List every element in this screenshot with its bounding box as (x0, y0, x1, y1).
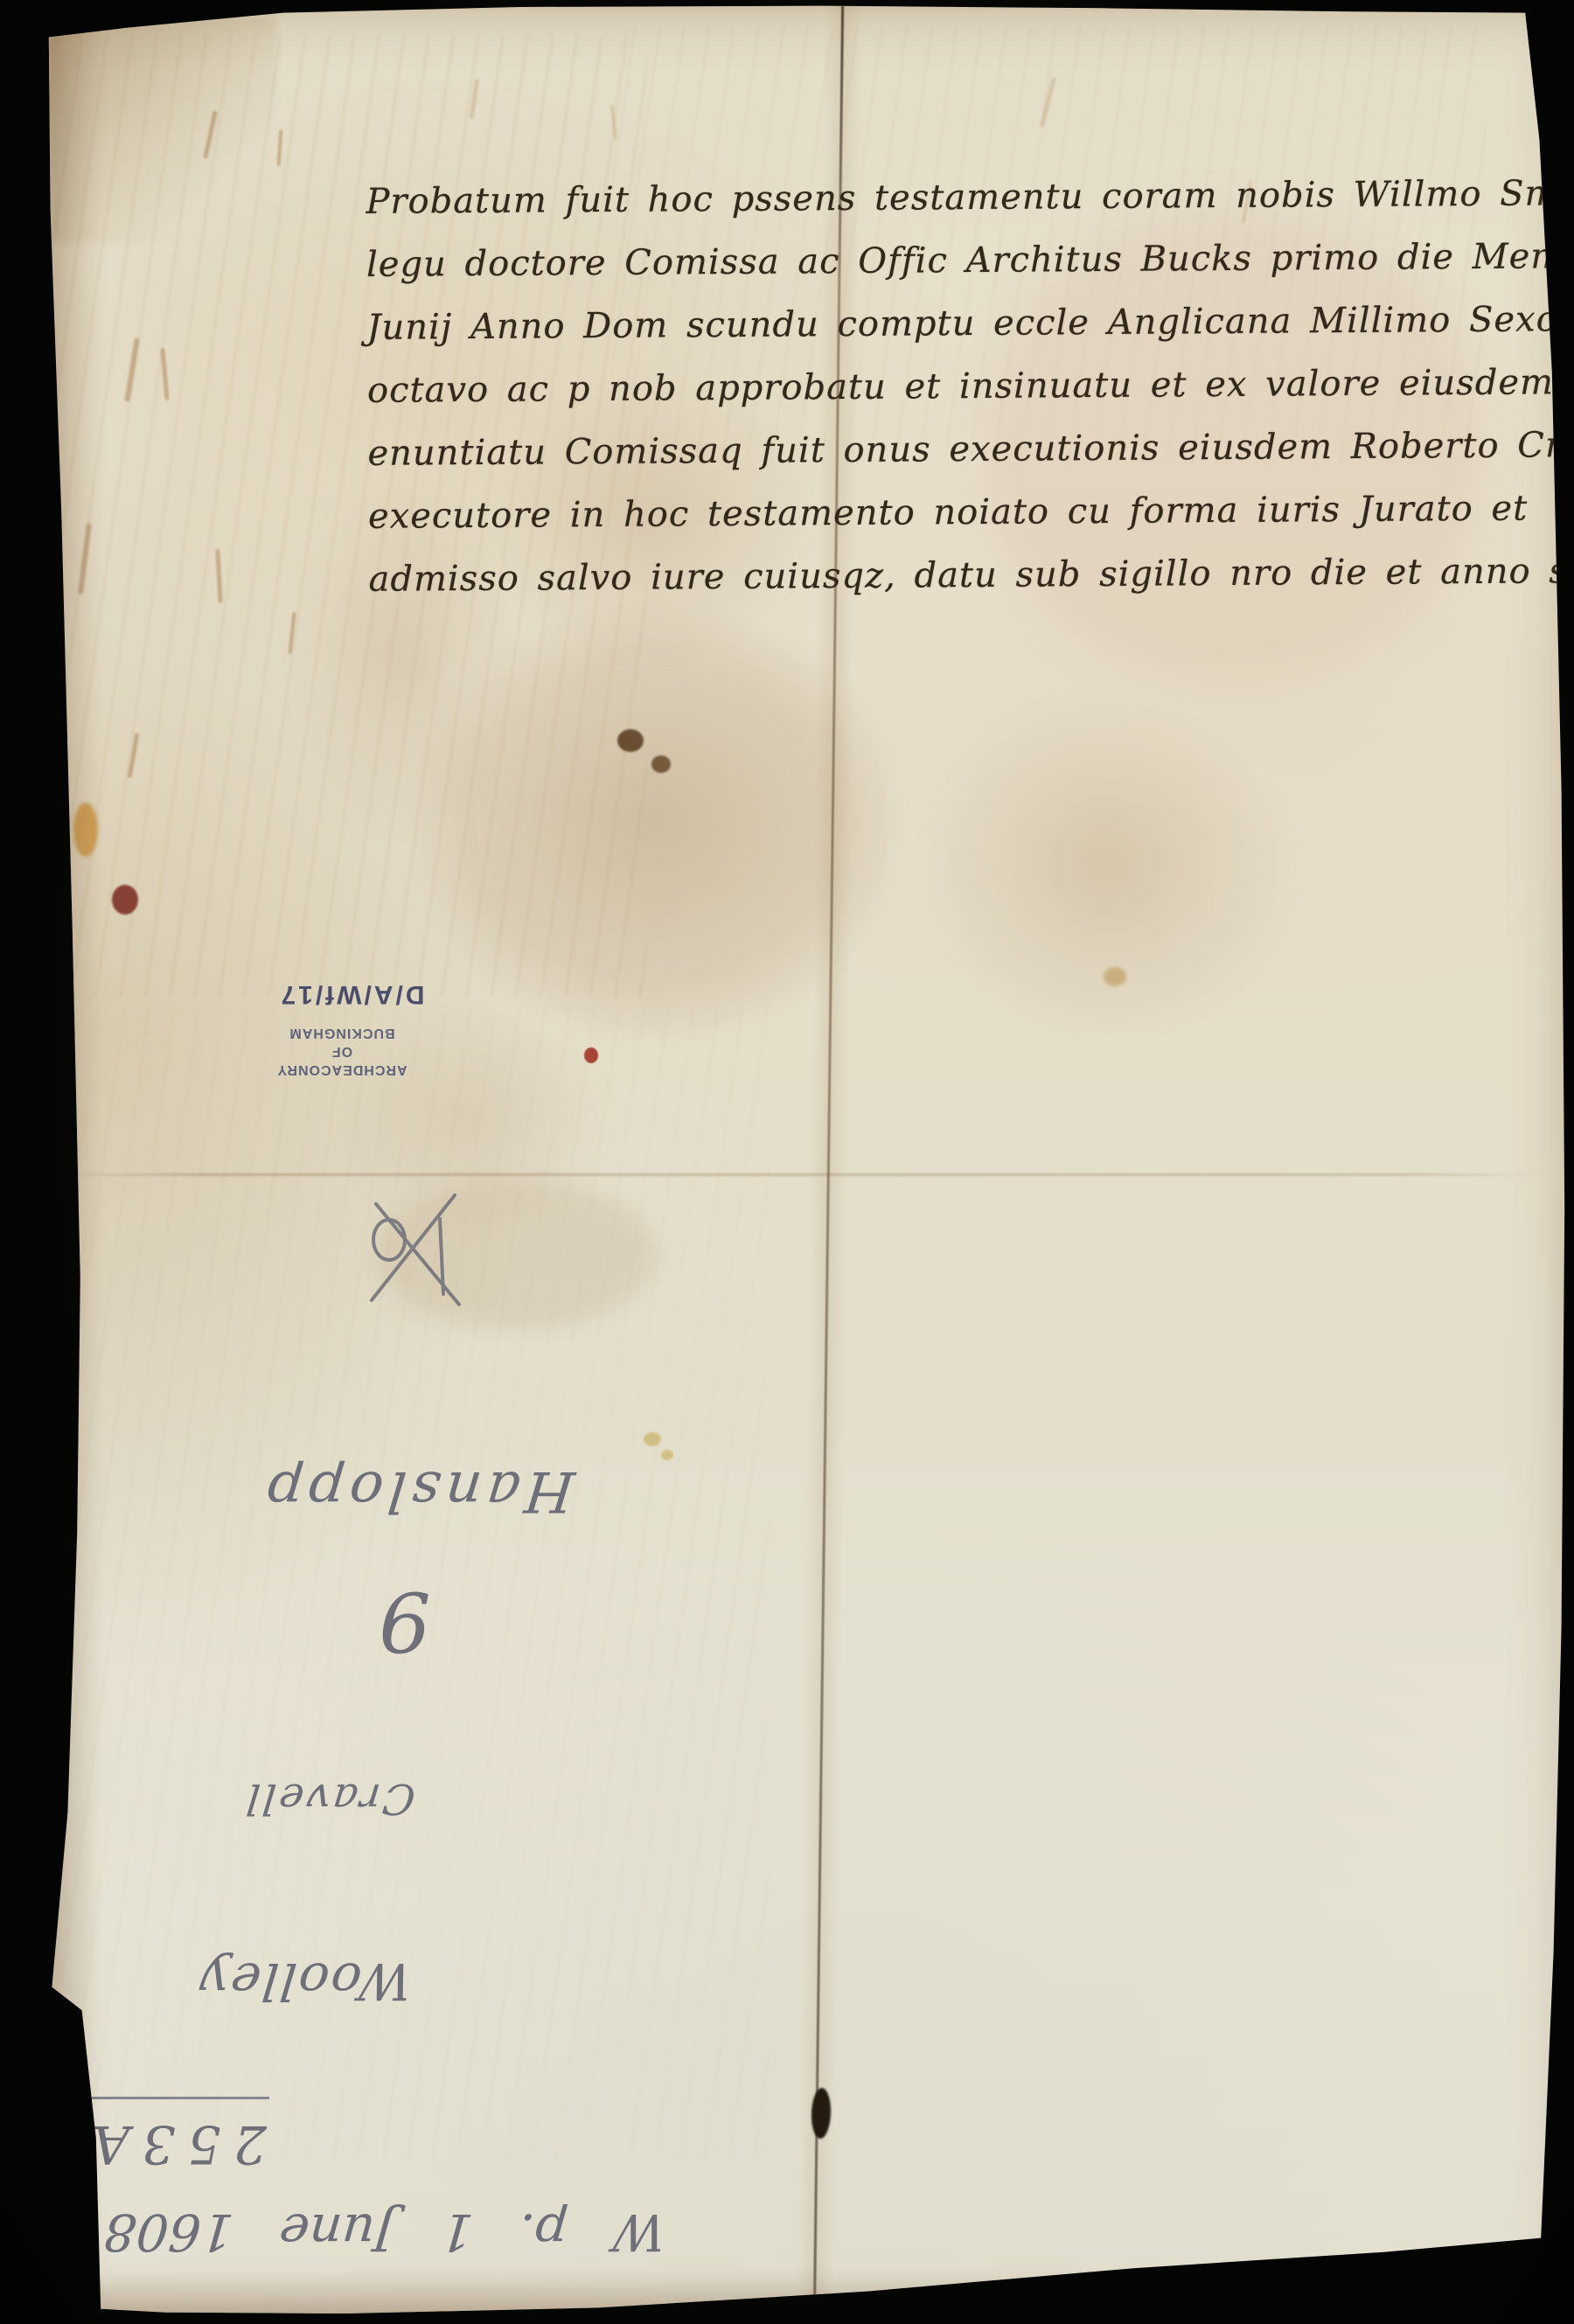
bleed-through-stroke (470, 79, 479, 119)
horizontal-fold-crease (52, 1173, 1539, 1176)
bleed-through-stroke (128, 733, 140, 778)
pencil-parish-note: Hanslopp (182, 1401, 584, 1523)
manuscript-page: Probatum fuit hoc pssens testamentu cora… (0, 0, 1574, 2324)
pencil-surname-note: Cravell (225, 1736, 422, 1823)
probate-clause-text: Probatum fuit hoc pssens testamentu cora… (366, 162, 1574, 611)
manuscript-text-line: Junij Anno Dom scundu comptu eccle Angli… (366, 288, 1573, 359)
stain-spot (1104, 967, 1126, 986)
stain-blotch (918, 691, 1294, 1040)
bleed-through-stroke (160, 348, 169, 400)
archdeaconry-stamp-line2: BUCKINGHAM (268, 1024, 416, 1042)
bleed-through-stroke (203, 110, 218, 159)
archdeaconry-stamp: ARCHDEACONRY OF BUCKINGHAM (268, 1025, 416, 1079)
photograph-background: Probatum fuit hoc pssens testamentu cora… (0, 0, 1574, 2324)
ink-spot (651, 755, 671, 773)
manuscript-text-line: octavo ac p nob approbatu et insinuatu e… (367, 351, 1574, 422)
paper-edge-shading (0, 2272, 1574, 2324)
bleed-through-stroke (289, 612, 296, 654)
manuscript-text-line: enuntiatu Comissaq fuit onus executionis… (367, 414, 1574, 485)
bleed-through-stroke (610, 105, 617, 140)
bleed-through-stroke (215, 549, 222, 603)
bleed-through-stroke (124, 337, 140, 402)
bleed-through-stroke (277, 129, 283, 166)
ink-spot (617, 729, 644, 752)
manuscript-text-line: admisso salvo iure cuiusqz, datu sub sig… (368, 539, 1574, 611)
pencil-name-note: Woolley (124, 1880, 422, 2011)
archive-reference-stamp: D/A/Wf/17 (273, 962, 430, 1009)
stain-spot (661, 1450, 673, 1460)
ochre-spot (51, 1054, 66, 1074)
archdeaconry-stamp-line1: ARCHDEACONRY OF (268, 1042, 416, 1079)
paper-edge-shading (45, 0, 101, 2324)
bleed-through-stroke (1040, 77, 1056, 127)
stain-spot (644, 1432, 661, 1446)
wax-spot (112, 885, 138, 915)
red-spot (584, 1047, 598, 1063)
pencil-cross-mark (354, 1182, 477, 1313)
pencil-probate-date-note: W p. 1 June 1608 (79, 2153, 696, 2262)
pencil-squiggle-mark: 9 (366, 1555, 444, 1668)
manuscript-text-line: Probatum fuit hoc pssens testamentu cora… (366, 162, 1572, 233)
manuscript-text-line: executore in hoc testamento noiato cu fo… (368, 477, 1574, 548)
manuscript-text-line: legu doctore Comissa ac Offic Architus B… (366, 225, 1573, 296)
